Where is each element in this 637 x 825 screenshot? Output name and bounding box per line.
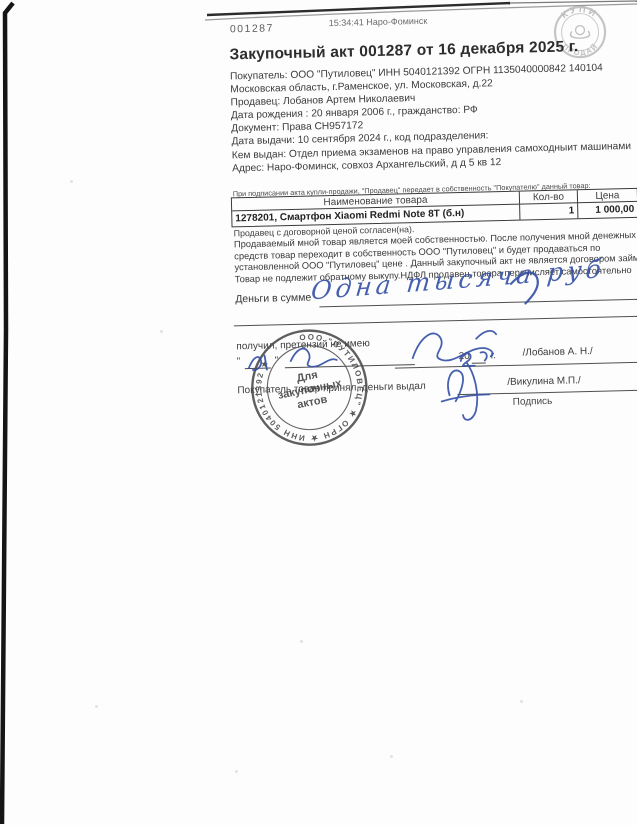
scan-noise-dot bbox=[390, 755, 393, 758]
document-fields: Покупатель: ООО "Путиловец" ИНН 50401213… bbox=[230, 61, 636, 175]
date-year-blank bbox=[472, 351, 486, 363]
scan-noise-dot bbox=[160, 330, 163, 333]
register-timestamp: 15:34:41 Наро-Фоминск bbox=[329, 16, 428, 28]
scan-noise-dot bbox=[300, 640, 303, 643]
hand-coin-icon bbox=[570, 25, 590, 38]
seller-signature-line bbox=[395, 362, 637, 369]
svg-text:КУПИ: КУПИ bbox=[559, 3, 600, 20]
date-open-quote: " bbox=[237, 356, 241, 367]
amount-blank-line-2 bbox=[234, 316, 637, 327]
purchase-acts-stamp: ООО "ПУТИЛОВЕЦ" ★ ОГРН ★ ИНН 5040121392 … bbox=[239, 317, 380, 458]
scan-noise-dot bbox=[70, 180, 73, 183]
document-body: 001287 15:34:41 Наро-Фоминск КУПИ ПРОДАЙ bbox=[227, 5, 637, 494]
buyer-signature-line bbox=[458, 390, 637, 395]
date-century: 20 bbox=[459, 351, 470, 362]
stamp-word-top: КУПИ bbox=[559, 3, 600, 20]
signature-vikulina bbox=[441, 362, 490, 420]
register-doc-number: 001287 bbox=[230, 22, 274, 35]
scanner-edge-line bbox=[2, 3, 13, 824]
money-sum-label: Деньги в сумме bbox=[235, 292, 311, 306]
seller-sign-name: /Лобанов А. Н./ bbox=[522, 346, 592, 359]
scan-noise-dot bbox=[520, 700, 523, 703]
document-title: Закупочный акт 001287 от 16 декабря 2025… bbox=[229, 38, 578, 64]
scan-noise-dot bbox=[235, 770, 238, 773]
buyer-sign-name: /Викулина М.П./ bbox=[507, 375, 581, 388]
signature-caption: Подпись bbox=[513, 396, 553, 408]
item-qty-cell: 1 bbox=[520, 203, 578, 219]
scanned-page: 001287 15:34:41 Наро-Фоминск КУПИ ПРОДАЙ bbox=[0, 0, 637, 825]
item-price-cell: 1 000,00 bbox=[578, 202, 637, 218]
date-suffix: г. bbox=[491, 350, 496, 361]
scan-noise-dot bbox=[95, 705, 98, 708]
